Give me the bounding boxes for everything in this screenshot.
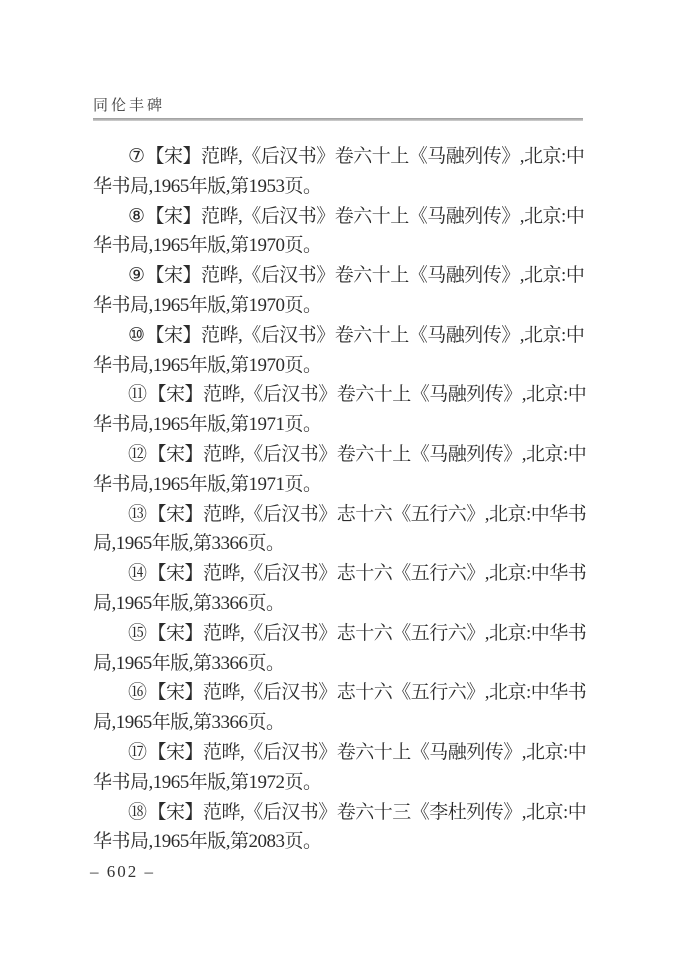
citation-line1-text: 【宋】范晔,《后汉书》卷六十上《马融列传》,北京:中: [146, 265, 585, 286]
citation-line-1: ⑰【宋】范晔,《后汉书》卷六十上《马融列传》,北京:中: [93, 738, 653, 768]
citation-line-2: 华书局,1965年版,第1972页。: [93, 768, 653, 798]
citation-line-1: ⑮【宋】范晔,《后汉书》志十六《五行六》,北京:中华书: [93, 619, 653, 649]
citation-line-1: ⑬【宋】范晔,《后汉书》志十六《五行六》,北京:中华书: [93, 500, 653, 530]
citation-line1-text: 【宋】范晔,《后汉书》卷六十三《李杜列传》,北京:中: [148, 802, 587, 823]
citation-entry: ⑰【宋】范晔,《后汉书》卷六十上《马融列传》,北京:中 华书局,1965年版,第…: [93, 738, 653, 798]
citation-line-1: ⑭【宋】范晔,《后汉书》志十六《五行六》,北京:中华书: [93, 559, 653, 589]
citation-marker: ⑪: [128, 384, 147, 405]
citation-marker: ⑮: [128, 623, 147, 644]
citation-line1-text: 【宋】范晔,《后汉书》卷六十上《马融列传》,北京:中: [146, 206, 585, 227]
citation-entry: ⑯【宋】范晔,《后汉书》志十六《五行六》,北京:中华书 局,1965年版,第33…: [93, 678, 653, 738]
citation-line1-text: 【宋】范晔,《后汉书》卷六十上《马融列传》,北京:中: [146, 325, 585, 346]
citation-marker: ⑱: [128, 802, 147, 823]
citation-marker: ⑬: [128, 504, 147, 525]
citation-line-1: ⑧【宋】范晔,《后汉书》卷六十上《马融列传》,北京:中: [93, 202, 653, 232]
page-footer: – 602 –: [90, 862, 155, 882]
citation-line-2: 华书局,1965年版,第1970页。: [93, 291, 653, 321]
citation-line1-text: 【宋】范晔,《后汉书》卷六十上《马融列传》,北京:中: [148, 742, 587, 763]
citation-line-2: 局,1965年版,第3366页。: [93, 649, 653, 679]
citation-entry: ⑮【宋】范晔,《后汉书》志十六《五行六》,北京:中华书 局,1965年版,第33…: [93, 619, 653, 679]
citation-line-1: ⑦【宋】范晔,《后汉书》卷六十上《马融列传》,北京:中: [93, 142, 653, 172]
citation-line1-text: 【宋】范晔,《后汉书》志十六《五行六》,北京:中华书: [148, 682, 587, 703]
citation-marker: ⑧: [128, 206, 145, 227]
page-header: 同伦丰碑: [93, 97, 583, 121]
citation-line-2: 局,1965年版,第3366页。: [93, 708, 653, 738]
citation-line1-text: 【宋】范晔,《后汉书》卷六十上《马融列传》,北京:中: [148, 384, 587, 405]
citation-entry: ⑱【宋】范晔,《后汉书》卷六十三《李杜列传》,北京:中 华书局,1965年版,第…: [93, 798, 653, 858]
header-rule: [93, 118, 583, 121]
citations-list: ⑦【宋】范晔,《后汉书》卷六十上《马融列传》,北京:中 华书局,1965年版,第…: [93, 142, 653, 857]
citation-entry: ⑧【宋】范晔,《后汉书》卷六十上《马融列传》,北京:中 华书局,1965年版,第…: [93, 202, 653, 262]
citation-line1-text: 【宋】范晔,《后汉书》志十六《五行六》,北京:中华书: [148, 563, 587, 584]
citation-marker: ⑦: [128, 146, 145, 167]
citation-line-1: ⑩【宋】范晔,《后汉书》卷六十上《马融列传》,北京:中: [93, 321, 653, 351]
citation-line-2: 华书局,1965年版,第1970页。: [93, 231, 653, 261]
citation-line-1: ⑫【宋】范晔,《后汉书》卷六十上《马融列传》,北京:中: [93, 440, 653, 470]
citation-entry: ⑦【宋】范晔,《后汉书》卷六十上《马融列传》,北京:中 华书局,1965年版,第…: [93, 142, 653, 202]
citation-entry: ⑫【宋】范晔,《后汉书》卷六十上《马融列传》,北京:中 华书局,1965年版,第…: [93, 440, 653, 500]
citation-line1-text: 【宋】范晔,《后汉书》卷六十上《马融列传》,北京:中: [148, 444, 587, 465]
citation-marker: ⑩: [128, 325, 145, 346]
citation-entry: ⑭【宋】范晔,《后汉书》志十六《五行六》,北京:中华书 局,1965年版,第33…: [93, 559, 653, 619]
citation-line-2: 华书局,1965年版,第1970页。: [93, 351, 653, 381]
citation-line1-text: 【宋】范晔,《后汉书》卷六十上《马融列传》,北京:中: [146, 146, 585, 167]
citation-marker: ⑨: [128, 265, 145, 286]
citation-entry: ⑨【宋】范晔,《后汉书》卷六十上《马融列传》,北京:中 华书局,1965年版,第…: [93, 261, 653, 321]
citation-line1-text: 【宋】范晔,《后汉书》志十六《五行六》,北京:中华书: [148, 623, 587, 644]
citation-line1-text: 【宋】范晔,《后汉书》志十六《五行六》,北京:中华书: [148, 504, 587, 525]
citation-marker: ⑰: [128, 742, 147, 763]
book-page: 同伦丰碑 ⑦【宋】范晔,《后汉书》卷六十上《马融列传》,北京:中 华书局,196…: [0, 0, 692, 968]
citation-line-1: ⑱【宋】范晔,《后汉书》卷六十三《李杜列传》,北京:中: [93, 798, 653, 828]
citation-line-2: 华书局,1965年版,第1971页。: [93, 410, 653, 440]
citation-line-1: ⑪【宋】范晔,《后汉书》卷六十上《马融列传》,北京:中: [93, 380, 653, 410]
citation-line-2: 局,1965年版,第3366页。: [93, 529, 653, 559]
running-title: 同伦丰碑: [93, 97, 583, 115]
citation-entry: ⑪【宋】范晔,《后汉书》卷六十上《马融列传》,北京:中 华书局,1965年版,第…: [93, 380, 653, 440]
citation-line-1: ⑨【宋】范晔,《后汉书》卷六十上《马融列传》,北京:中: [93, 261, 653, 291]
citation-line-2: 华书局,1965年版,第1953页。: [93, 172, 653, 202]
citation-line-2: 华书局,1965年版,第2083页。: [93, 827, 653, 857]
citation-entry: ⑬【宋】范晔,《后汉书》志十六《五行六》,北京:中华书 局,1965年版,第33…: [93, 500, 653, 560]
citation-marker: ⑭: [128, 563, 147, 584]
page-number: – 602 –: [90, 862, 155, 881]
citation-entry: ⑩【宋】范晔,《后汉书》卷六十上《马融列传》,北京:中 华书局,1965年版,第…: [93, 321, 653, 381]
citation-marker: ⑫: [128, 444, 147, 465]
citation-marker: ⑯: [128, 682, 147, 703]
citation-line-2: 华书局,1965年版,第1971页。: [93, 470, 653, 500]
citation-line-1: ⑯【宋】范晔,《后汉书》志十六《五行六》,北京:中华书: [93, 678, 653, 708]
citation-line-2: 局,1965年版,第3366页。: [93, 589, 653, 619]
